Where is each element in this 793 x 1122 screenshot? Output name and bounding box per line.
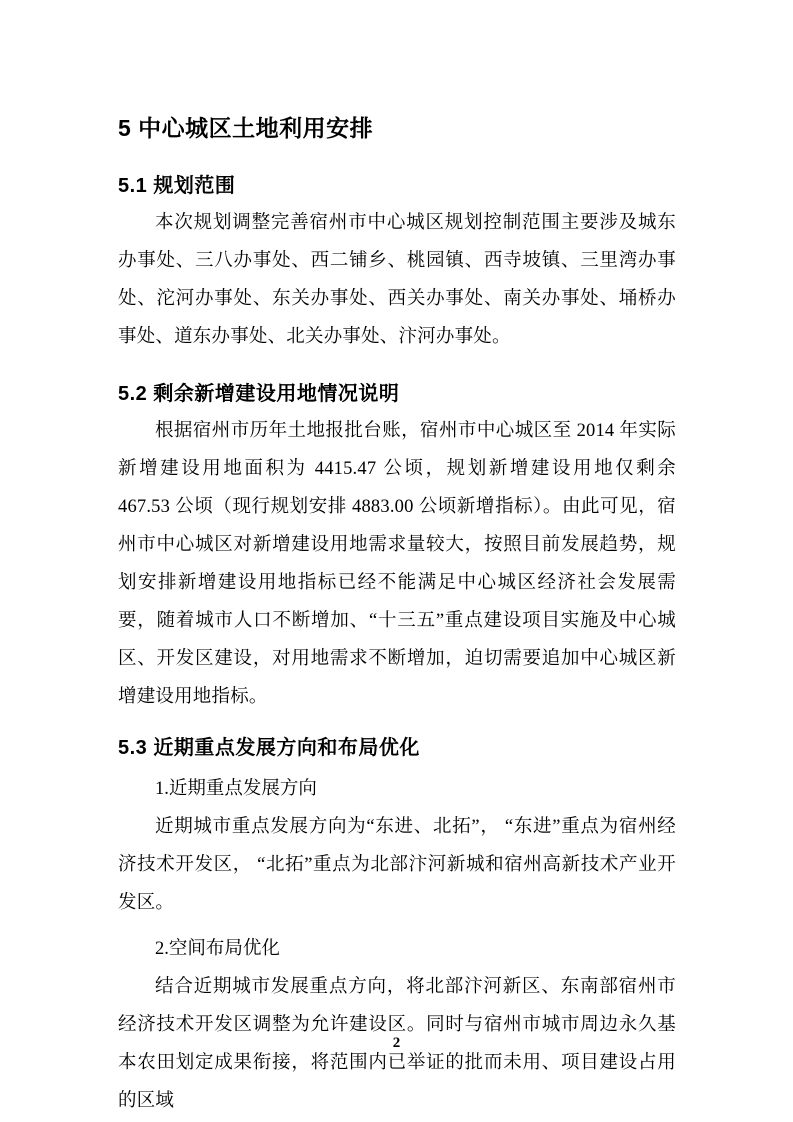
subsection-title-spatial-layout: 2.空间布局优化: [118, 930, 676, 968]
section-title-5-2: 5.2 剩余新增建设用地情况说明: [118, 380, 676, 408]
section-title-5-3: 5.3 近期重点发展方向和布局优化: [118, 734, 676, 762]
paragraph-remaining-land-quota: 根据宿州市历年土地报批台账，宿州市中心城区至 2014 年实际新增建设用地面积为…: [118, 412, 676, 716]
document-page: 5 中心城区土地利用安排 5.1 规划范围 本次规划调整完善宿州市中心城区规划控…: [0, 0, 793, 1122]
chapter-heading: 5 中心城区土地利用安排: [118, 112, 676, 144]
paragraph-planning-scope: 本次规划调整完善宿州市中心城区规划控制范围主要涉及城东办事处、三八办事处、西二铺…: [118, 204, 676, 356]
page-number: 2: [0, 1033, 793, 1053]
subsection-title-development-direction: 1.近期重点发展方向: [118, 770, 676, 808]
paragraph-development-direction: 近期城市重点发展方向为“东进、北拓”， “东进”重点为宿州经济技术开发区， “北…: [118, 808, 676, 922]
section-title-5-1: 5.1 规划范围: [118, 172, 676, 200]
